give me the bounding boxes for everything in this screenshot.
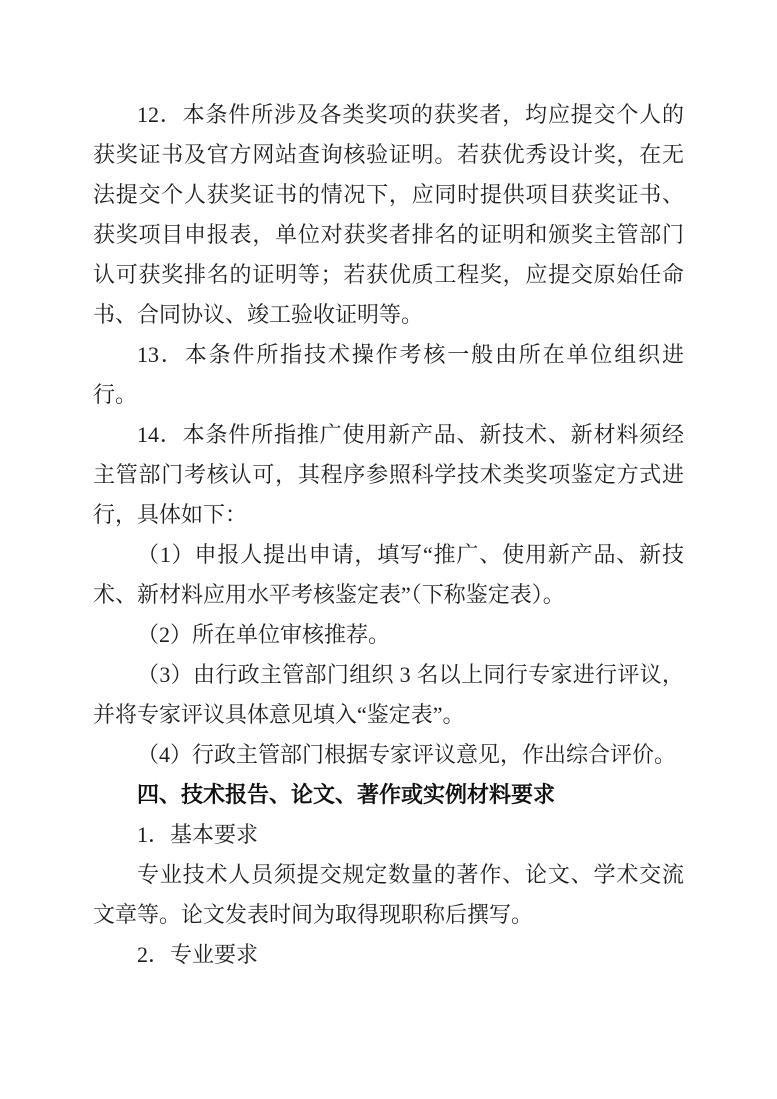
paragraph-subitem-4: （4）行政主管部门根据专家评议意见，作出综合评价。: [93, 735, 684, 775]
paragraph-item-12: 12．本条件所涉及各类奖项的获奖者，均应提交个人的获奖证书及官方网站查询核验证明…: [93, 95, 684, 335]
paragraph-subitem-3: （3）由行政主管部门组织 3 名以上同行专家进行评议，并将专家评议具体意见填入“…: [93, 655, 684, 735]
document-body: 12．本条件所涉及各类奖项的获奖者，均应提交个人的获奖证书及官方网站查询核验证明…: [93, 95, 684, 975]
paragraph-basic-req-body: 专业技术人员须提交规定数量的著作、论文、学术交流文章等。论文发表时间为取得现职称…: [93, 855, 684, 935]
paragraph-pro-req: 2．专业要求: [93, 935, 684, 975]
paragraph-item-14: 14．本条件所指推广使用新产品、新技术、新材料须经主管部门考核认可，其程序参照科…: [93, 415, 684, 535]
section-heading: 四、技术报告、论文、著作或实例材料要求: [93, 775, 684, 815]
paragraph-subitem-1: （1）申报人提出申请，填写“推广、使用新产品、新技术、新材料应用水平考核鉴定表”…: [93, 535, 684, 615]
paragraph-basic-req: 1．基本要求: [93, 815, 684, 855]
document-page: 12．本条件所涉及各类奖项的获奖者，均应提交个人的获奖证书及官方网站查询核验证明…: [0, 0, 777, 1099]
paragraph-subitem-2: （2）所在单位审核推荐。: [93, 615, 684, 655]
paragraph-item-13: 13．本条件所指技术操作考核一般由所在单位组织进行。: [93, 335, 684, 415]
